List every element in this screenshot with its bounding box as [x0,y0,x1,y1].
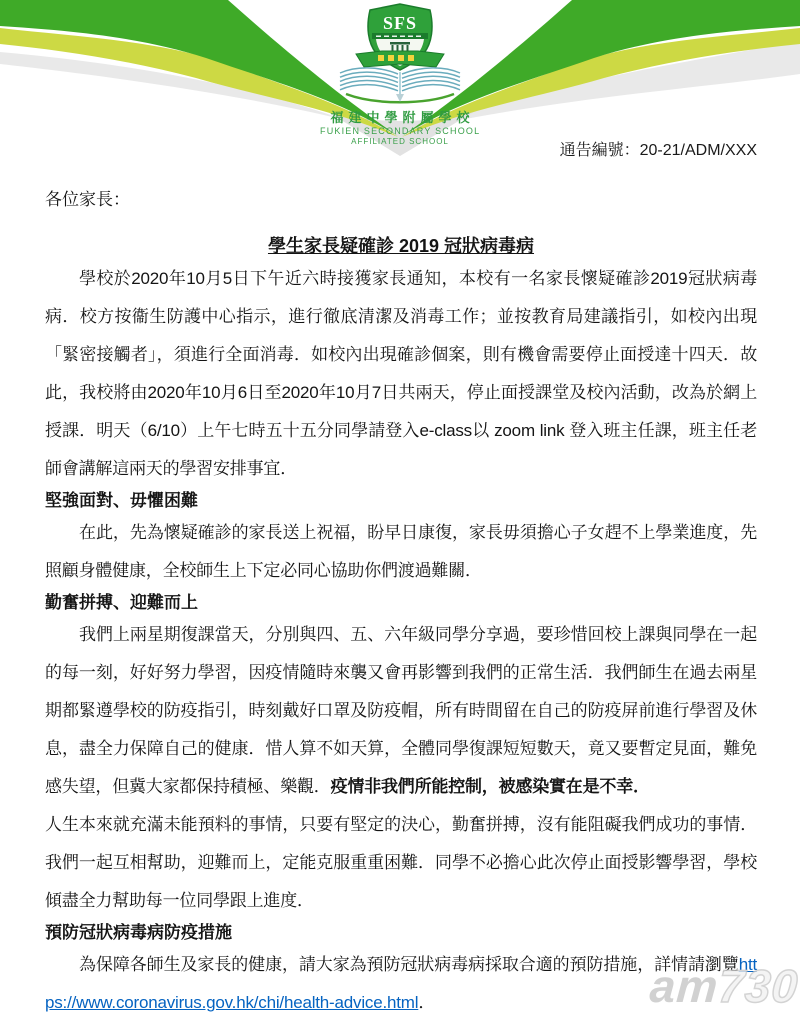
notice-page: SFS [0,0,800,1019]
section-heading-work-hard: 勤奮拼搏、迎難而上 [45,590,757,616]
section-heading-prevention: 預防冠狀病毒病防疫措施 [45,920,757,946]
section-heading-face-difficulties: 堅強面對、毋懼困難 [45,488,757,514]
paragraph-epidemic-life: 我們上兩星期復課當天，分別與四、五、六年級同學分享過，要珍惜回校上課與同學在一起… [45,616,757,806]
salutation: 各位家長： [45,185,757,215]
letter-content: 各位家長： 學生家長疑確診 2019 冠狀病毒病 學校於2020年10月5日下午… [45,185,757,1019]
open-book-icon [340,68,460,102]
school-name-english-line2: AFFILIATED SCHOOL [320,137,480,147]
notice-number: 通告編號：20-21/ADM/XXX [560,137,757,160]
paragraph-announcement: 學校於2020年10月5日下午近六時接獲家長通知，本校有一名家長懷疑確診2019… [45,260,757,488]
paragraph-prevention-text: 為保障各師生及家長的健康，請大家為預防冠狀病毒病採取合適的預防措施，詳情請瀏覽 [79,955,739,974]
am730-watermark: am730 [648,959,800,1013]
school-logo: SFS [320,2,480,147]
paragraph-epidemic-bold-sentence: 疫情非我們所能控制，被感染實在是不幸． [331,777,650,796]
watermark-am: am [648,960,720,1012]
paragraph-encouragement: 人生本來就充滿未能預料的事情，只要有堅定的決心，勤奮拼搏，沒有能阻礙我們成功的事… [45,806,757,920]
document-title: 學生家長疑確診 2019 冠狀病毒病 [45,232,757,260]
school-name-english-line1: FUKIEN SECONDARY SCHOOL [320,126,480,137]
school-name-chinese: 福建中學附屬學校 [320,110,480,126]
school-crest-icon: SFS [320,2,480,108]
shield-initials: SFS [383,13,417,33]
paragraph-blessing: 在此，先為懷疑確診的家長送上祝福，盼早日康復，家長毋須擔心子女趕不上學業進度，先… [45,514,757,590]
paragraph-epidemic-life-text: 我們上兩星期復課當天，分別與四、五、六年級同學分享過，要珍惜回校上課與同學在一起… [45,625,757,796]
paragraph-prevention-period: ． [418,993,435,1012]
watermark-730: 730 [716,960,799,1012]
